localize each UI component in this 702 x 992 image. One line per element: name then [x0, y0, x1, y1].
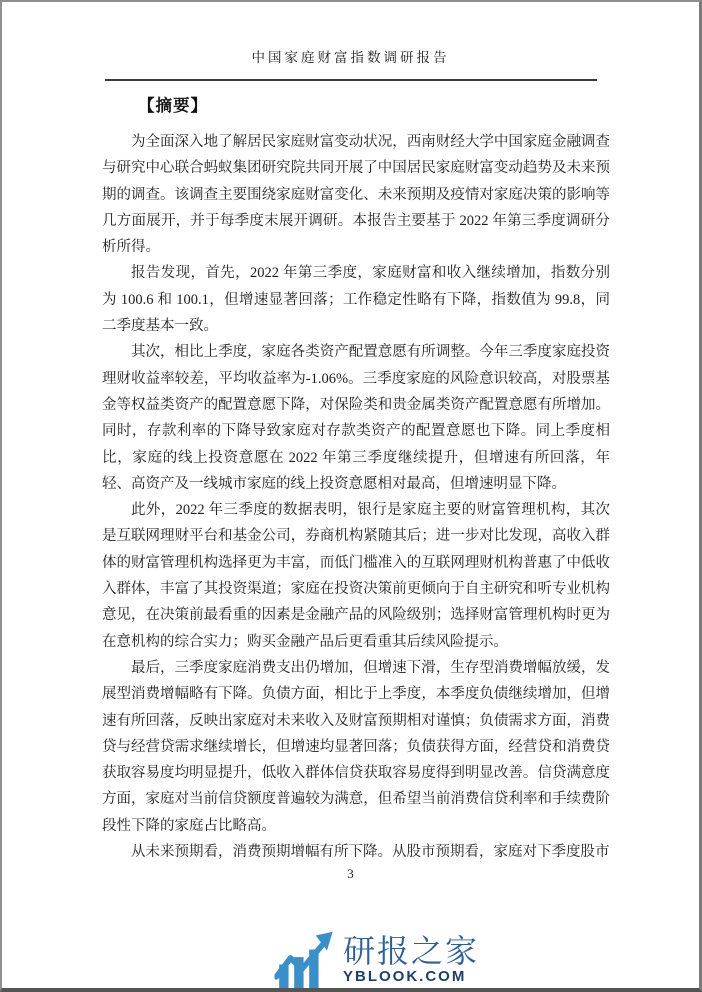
- abstract-paragraph: 报告发现，首先，2022 年第三季度，家庭财富和收入继续增加，指数分别为 100…: [102, 260, 610, 339]
- bar-chart-up-arrow-icon: [274, 928, 334, 988]
- page-number: 3: [2, 866, 699, 882]
- abstract-section: 【摘要】 为全面深入地了解居民家庭财富变动状况，西南财经大学中国家庭金融调查与研…: [102, 92, 610, 865]
- logo-text-block: 研报之家 YBLOOK.COM: [343, 934, 479, 988]
- abstract-paragraph: 此外，2022 年三季度的数据表明，银行是家庭主要的财富管理机构，其次是互联网理…: [102, 497, 610, 655]
- header-divider: [105, 79, 597, 81]
- abstract-paragraph: 为全面深入地了解居民家庭财富变动状况，西南财经大学中国家庭金融调查与研究中心联合…: [102, 129, 610, 260]
- logo-domain: YBLOOK.COM: [343, 968, 479, 986]
- abstract-paragraph: 最后，三季度家庭消费支出仍增加，但增速下滑，生存型消费增幅放缓，发展型消费增幅略…: [102, 655, 610, 839]
- logo-name: 研报之家: [343, 934, 479, 968]
- page-header-title: 中国家庭财富指数调研报告: [2, 46, 699, 66]
- abstract-paragraph: 从未来预期看，消费预期增幅有所下降。从股市预期看，家庭对下季度股市: [102, 839, 610, 865]
- yblook-logo[interactable]: 研报之家 YBLOOK.COM: [274, 928, 479, 988]
- abstract-heading: 【摘要】: [138, 92, 610, 116]
- report-page: 中国家庭财富指数调研报告 【摘要】 为全面深入地了解居民家庭财富变动状况，西南财…: [0, 0, 702, 992]
- abstract-paragraph: 其次，相比上季度，家庭各类资产配置意愿有所调整。今年三季度家庭投资理财收益率较差…: [102, 339, 610, 497]
